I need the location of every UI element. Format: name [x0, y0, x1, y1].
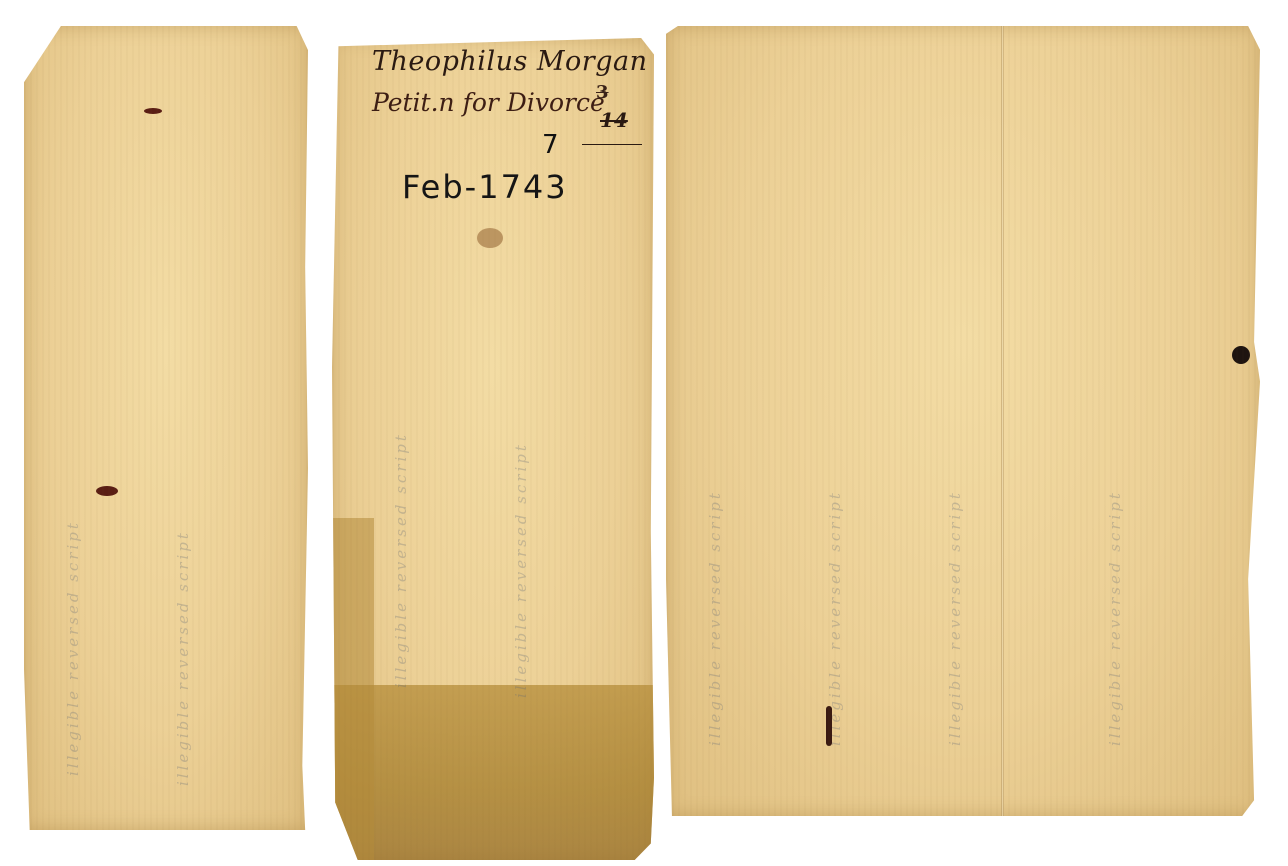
- bleed-through-text: illegible reversed script: [826, 146, 844, 746]
- ink-blot: [96, 486, 118, 496]
- water-stain-side: [332, 518, 374, 860]
- left-leaf: illegible reversed script illegible reve…: [24, 26, 308, 830]
- docket-name: Theophilus Morgan: [372, 46, 647, 77]
- stain-spot: [477, 228, 503, 248]
- middle-leaf: illegible reversed script illegible reve…: [332, 38, 654, 860]
- bleed-through-text: illegible reversed script: [512, 278, 530, 698]
- docket-rule: [582, 144, 642, 145]
- bleed-through-text: illegible reversed script: [174, 286, 192, 786]
- water-stain: [332, 685, 654, 860]
- struck-number-2: 14: [600, 108, 628, 132]
- ink-blot: [1232, 346, 1250, 364]
- bleed-through-text: illegible reversed script: [392, 268, 410, 688]
- docket-date: Feb-1743: [402, 168, 568, 206]
- ink-drip: [826, 706, 832, 746]
- fold-crease: [1001, 26, 1004, 816]
- bleed-through-text: illegible reversed script: [64, 296, 82, 776]
- bleed-through-text: illegible reversed script: [1106, 226, 1124, 746]
- bleed-through-text: illegible reversed script: [706, 146, 724, 746]
- struck-number-1: 3: [596, 82, 609, 103]
- bleed-through-text: illegible reversed script: [946, 146, 964, 746]
- docket-number: 7: [542, 130, 559, 160]
- ink-blot: [144, 108, 162, 114]
- right-leaf: illegible reversed script illegible reve…: [666, 26, 1260, 816]
- docket-petition: Petit.n for Divorce: [372, 88, 605, 117]
